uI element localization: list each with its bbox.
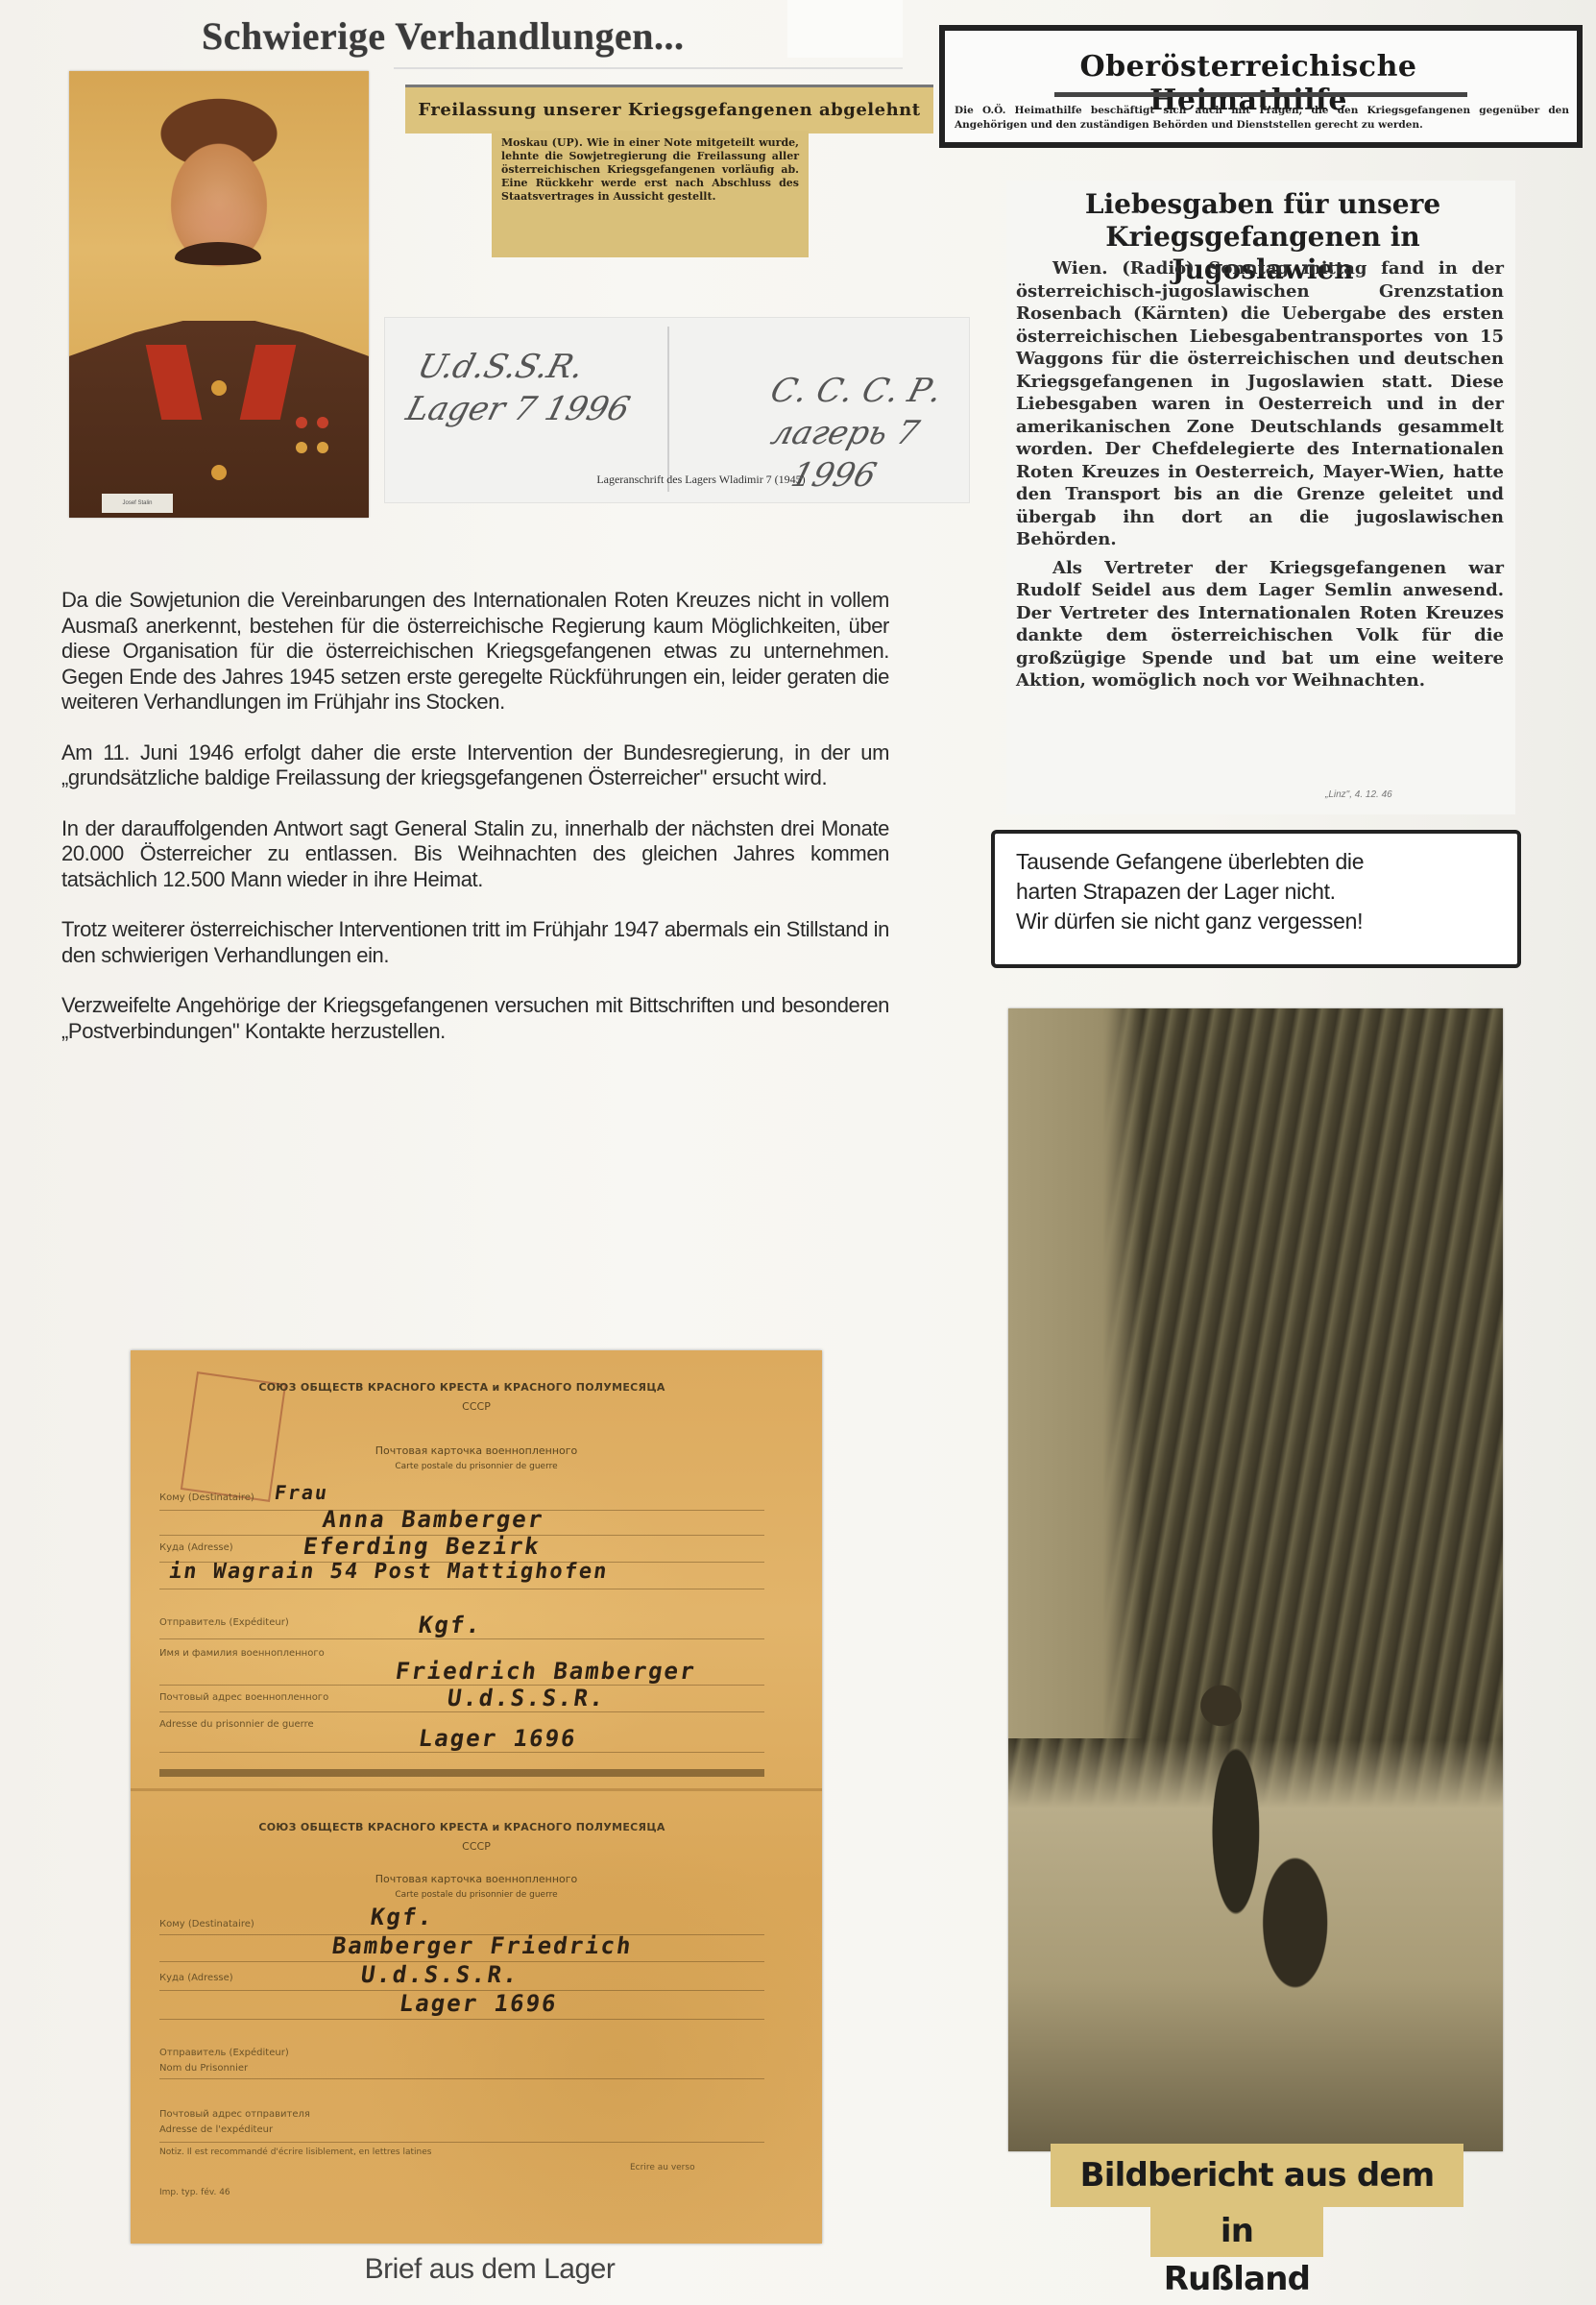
clipping-right-body: Wien. (Radio) Sonntag mittag fand in der… <box>1016 257 1504 698</box>
letter-line <box>159 2078 764 2079</box>
main-paragraph: Verzweifelte Angehörige der Kriegsgefang… <box>61 993 889 1044</box>
letter-title-fr: Carte postale du prisonnier de guerre <box>131 1890 822 1900</box>
pow-postcard-letter: СОЮЗ ОБЩЕСТВ КРАСНОГО КРЕСТА и КРАСНОГО … <box>131 1350 822 2244</box>
portrait-medal <box>317 442 328 453</box>
photo-caption-line2: in Rußland <box>1150 2207 1323 2257</box>
letter-field-value: Bamberger Friedrich <box>330 1932 634 1959</box>
letter-title: Почтовая карточка военнопленного <box>131 1444 822 1457</box>
portrait-medal <box>317 417 328 428</box>
letter-field-value: U.d.S.S.R. <box>446 1685 607 1711</box>
letter-header-sub: СССР <box>131 1400 822 1413</box>
letter-field-value: Eferding Bezirk <box>302 1533 543 1560</box>
main-paragraph: Am 11. Juni 1946 erfolgt daher die erste… <box>61 740 889 791</box>
page-title: Schwierige Verhandlungen... <box>202 13 893 59</box>
letter-field-value: Frau <box>273 1481 330 1504</box>
stalin-portrait-image: Josef Stalin <box>69 71 369 518</box>
portrait-medal <box>296 417 307 428</box>
main-paragraph: In der darauffolgenden Antwort sagt Gene… <box>61 816 889 893</box>
clipping-right-paragraph: Als Vertreter der Kriegsgefangenen war R… <box>1016 557 1504 692</box>
quote-text: Tausende Gefangene überlebten die harten… <box>1016 847 1506 936</box>
clipping-top-body: Moskau (UP). Wie in einer Note mitgeteil… <box>492 131 809 257</box>
portrait-medal <box>296 442 307 453</box>
portrait-nameplate: Josef Stalin <box>102 494 173 513</box>
heimathilfe-rule <box>1054 92 1467 97</box>
title-rule <box>394 67 903 69</box>
letter-line <box>159 1752 764 1753</box>
heimathilfe-text: Die O.Ö. Heimathilfe beschäftigt sich au… <box>955 104 1569 133</box>
portrait-button <box>211 465 227 480</box>
letter-divider-bar <box>159 1769 764 1777</box>
letter-footer-right: Ecrire au verso <box>630 2163 695 2172</box>
camp-address-caption: Lageranschrift des Lagers Wladimir 7 (19… <box>538 473 864 487</box>
letter-field-value: in Wagrain 54 Post Mattighofen <box>167 1560 610 1584</box>
clipping-right-source-note: „Linz", 4. 12. 46 <box>1325 789 1479 800</box>
letter-field-label: Почтовый адрес военнопленного <box>159 1692 328 1703</box>
letter-line <box>159 1711 764 1712</box>
letter-field-label: Куда (Adresse) <box>159 1973 233 1983</box>
letter-field-label: Adresse du prisonnier de guerre <box>159 1719 314 1730</box>
letter-line <box>159 2019 764 2020</box>
letter-header: СОЮЗ ОБЩЕСТВ КРАСНОГО КРЕСТА и КРАСНОГО … <box>159 1381 764 1394</box>
clipping-top-headline: Freilassung unserer Kriegsgefangenen abg… <box>405 85 933 133</box>
letter-field-label: Nom du Prisonnier <box>159 2063 248 2074</box>
main-text-block: Da die Sowjetunion die Vereinbarungen de… <box>61 588 889 1069</box>
letter-line <box>159 1638 764 1639</box>
letter-field-label: Почтовый адрес отправителя <box>159 2109 310 2120</box>
letter-field-value: Kgf. <box>369 1904 436 1930</box>
letter-field-value: U.d.S.S.R. <box>359 1961 520 1988</box>
letter-field-label: Отправитель (Expéditeur) <box>159 1617 289 1628</box>
letter-field-label: Кому (Destinataire) <box>159 1919 254 1929</box>
clipping-right-paragraph: Wien. (Radio) Sonntag mittag fand in der… <box>1016 257 1504 551</box>
letter-field-value: Anna Bamberger <box>321 1506 545 1533</box>
camp-address-divider <box>667 327 669 492</box>
letter-title-fr: Carte postale du prisonnier de guerre <box>131 1462 822 1471</box>
camp-address-latin: U.d.S.S.R. Lager 7 1996 <box>401 346 655 430</box>
letter-field-label: Отправитель (Expéditeur) <box>159 2048 289 2058</box>
letter-field-label: Кому (Destinataire) <box>159 1492 254 1503</box>
letter-field-value: Lager 1696 <box>398 1990 559 2017</box>
letter-field-value: Kgf. <box>417 1612 484 1638</box>
letter-line <box>159 1589 764 1589</box>
letter-header: СОЮЗ ОБЩЕСТВ КРАСНОГО КРЕСТА и КРАСНОГО … <box>159 1821 764 1833</box>
photo-caption-line1: Bildbericht aus dem Lager <box>1051 2144 1463 2207</box>
main-paragraph: Da die Sowjetunion die Vereinbarungen de… <box>61 588 889 716</box>
portrait-button <box>211 380 227 396</box>
letter-header-sub: СССР <box>131 1840 822 1853</box>
main-paragraph: Trotz weiterer österreichischer Interven… <box>61 917 889 968</box>
letter-footer-left: Imp. typ. fév. 46 <box>159 2188 230 2197</box>
letter-field-value: Friedrich Bamberger <box>394 1658 697 1685</box>
letter-title: Почтовая карточка военнопленного <box>131 1873 822 1885</box>
letter-field-label: Имя и фамилия военнопленного <box>159 1648 325 1659</box>
letter-fold-line <box>131 1788 822 1791</box>
letter-footer-note: Notiz. Il est recommandé d'écrire lisibl… <box>159 2147 431 2157</box>
letter-caption: Brief aus dem Lager <box>307 2253 672 2286</box>
letter-field-label: Adresse de l'expéditeur <box>159 2124 273 2135</box>
letter-line <box>159 2142 764 2143</box>
letter-field-label: Куда (Adresse) <box>159 1542 233 1553</box>
portrait-mustache <box>175 242 261 265</box>
letter-field-value: Lager 1696 <box>417 1725 578 1752</box>
photo-sky-area <box>1008 1008 1143 1738</box>
